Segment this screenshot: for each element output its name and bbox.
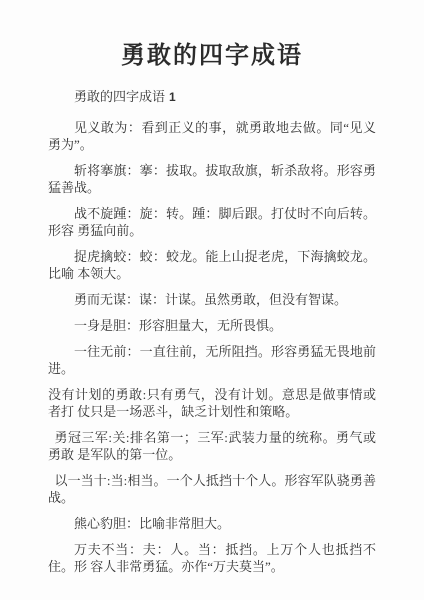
paragraph-zhanjiangqianqi: 斩将搴旗：搴：拔取。拔取敌旗，斩杀敌将。形容勇猛善战。 — [48, 162, 376, 196]
paragraph-zhanbuxuanzhong: 战不旋踵：旋：转。踵：脚后跟。打仗时不向后转。形容 勇猛向前。 — [48, 205, 376, 239]
paragraph-xiongxinbaodan: 熊心豹胆：比喻非常胆大。 — [48, 515, 376, 532]
paragraph-wanfubudang: 万夫不当：夫：人。当：抵挡。上万个人也抵挡不住。形 容人非常勇猛。亦作“万夫莫当… — [48, 541, 376, 575]
subtitle-number: 1 — [169, 90, 176, 104]
subtitle: 勇敢的四字成语1 — [48, 88, 376, 106]
paragraph-jianyiganwei: 见义敢为：看到正义的事，就勇敢地去做。同“见义勇为”。 — [48, 119, 376, 153]
paragraph-yiyidangshi: 以一当十:当:相当。一个人抵挡十个人。形容军队骁勇善 战。 — [48, 472, 376, 506]
paragraph-yongerwumou: 勇而无谋：谋：计谋。虽然勇敢，但没有智谋。 — [48, 291, 376, 308]
page-title: 勇敢的四字成语 — [48, 40, 376, 72]
subtitle-text: 勇敢的四字成语 — [74, 89, 165, 104]
paragraph-yongguansanjun: 勇冠三军:关:排名第一；三军:武装力量的统称。勇气或勇敢 是军队的第一位。 — [48, 429, 376, 463]
paragraph-yiwangwuqian: 一往无前：一直往前，无所阻挡。形容勇猛无畏地前进。 — [48, 343, 376, 377]
paragraph-meiyoujihua: 没有计划的勇敢:只有勇气，没有计划。意思是做事情或者打 仗只是一场恶斗，缺乏计划… — [48, 386, 376, 420]
document-page: 勇敢的四字成语 勇敢的四字成语1 见义敢为：看到正义的事，就勇敢地去做。同“见义… — [0, 0, 424, 600]
paragraph-yishenshidan: 一身是胆：形容胆量大，无所畏惧。 — [48, 317, 376, 334]
paragraph-zhuohuqinjiao: 捉虎擒蛟：蛟：蛟龙。能上山捉老虎，下海擒蛟龙。比喻 本领大。 — [48, 248, 376, 282]
